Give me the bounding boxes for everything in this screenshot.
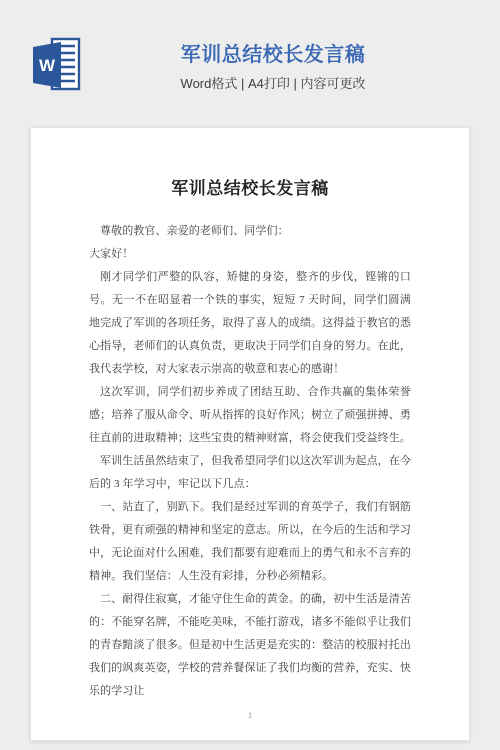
- page-title: 军训总结校长发言稿: [46, 44, 500, 66]
- paragraph: 军训生活虽然结束了，但我希望同学们以这次军训为起点，在今后的 3 年学习中，牢记…: [89, 450, 411, 496]
- paragraph: 刚才同学们严整的队容，矫健的身姿，整齐的步伐，铿锵的口号。无一不在昭显着一个铁的…: [89, 266, 411, 381]
- document-body: 尊敬的教官、亲爱的老师们、同学们：大家好！刚才同学们严整的队容，矫健的身姿，整齐…: [89, 220, 411, 703]
- header-subtitle: Word格式 | A4打印 | 内容可更改: [46, 76, 500, 92]
- paragraph: 一、站直了，别趴下。我们是经过军训的育英学子，我们有钢筋铁骨，更有顽强的精神和坚…: [89, 496, 411, 588]
- paragraph: 这次军训，同学们初步养成了团结互助、合作共赢的集体荣誉感；培养了服从命令、听从指…: [89, 381, 411, 450]
- paragraph: 尊敬的教官、亲爱的老师们、同学们：: [89, 220, 411, 243]
- paragraph: 二、耐得住寂寞，才能守住生命的黄金。的确，初中生活是清苦的：不能穿名牌，不能吃美…: [89, 588, 411, 703]
- paragraph: 大家好！: [89, 243, 411, 266]
- header-text: 军训总结校长发言稿 Word格式 | A4打印 | 内容可更改: [46, 44, 500, 92]
- page-number: 1: [89, 711, 411, 720]
- document-page: 军训总结校长发言稿 尊敬的教官、亲爱的老师们、同学们：大家好！刚才同学们严整的队…: [30, 127, 470, 741]
- header: W 军训总结校长发言稿 Word格式 | A4打印 | 内容可更改: [0, 0, 500, 127]
- template-preview-screen: W 军训总结校长发言稿 Word格式 | A4打印 | 内容可更改 军训总结校长…: [0, 0, 500, 750]
- document-title: 军训总结校长发言稿: [89, 176, 411, 202]
